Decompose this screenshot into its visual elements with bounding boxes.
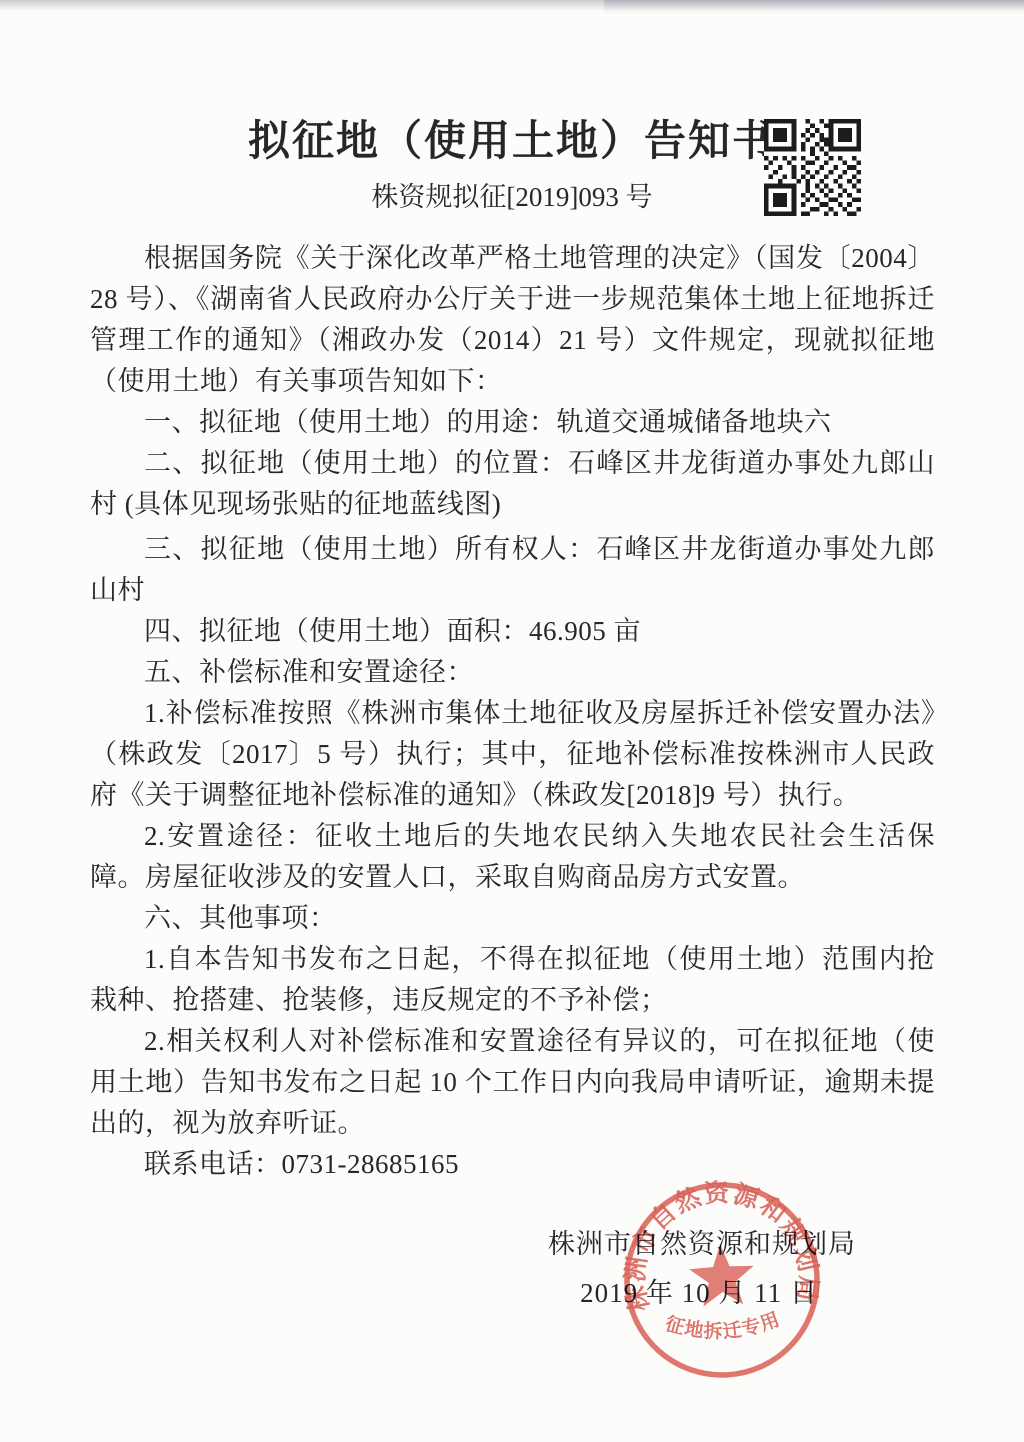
document-body: 根据国务院《关于深化改革严格土地管理的决定》（国发〔2004〕28 号）、《湖南… [90,238,935,1185]
document-paragraph: 根据国务院《关于深化改革严格土地管理的决定》（国发〔2004〕28 号）、《湖南… [90,238,935,402]
official-seal: 株洲市自然资源和规划局 征地拆迁专用章 [617,1175,827,1385]
document-title: 拟征地（使用土地）告知书 [0,116,1024,168]
document-paragraph: 三、拟征地（使用土地）所有权人：石峰区井龙街道办事处九郎山村 [90,529,935,611]
svg-text:株洲市自然资源和规划局: 株洲市自然资源和规划局 [617,1175,824,1315]
document-paragraph: 1.自本告知书发布之日起，不得在拟征地（使用土地）范围内抢栽种、抢搭建、抢装修，… [90,939,935,1021]
document-paragraph: 一、拟征地（使用土地）的用途：轨道交通城储备地块六 [90,402,935,443]
document-paragraph: 2.安置途径：征收土地后的失地农民纳入失地农民社会生活保障。房屋征收涉及的安置人… [90,816,935,898]
qr-code-icon [762,119,863,216]
document-paragraph: 1.补偿标准按照《株洲市集体土地征收及房屋拆迁补偿安置办法》（株政发〔2017〕… [90,693,935,816]
document-paragraph: 2.相关权利人对补偿标准和安置途径有异议的，可在拟征地（使用土地）告知书发布之日… [90,1021,935,1144]
scanned-document-page: 拟征地（使用土地）告知书 株资规拟征[2019]093 号 根据国务院《关于深化… [0,0,1024,1442]
scanner-edge-shadow [0,0,1024,11]
document-paragraph: 四、拟征地（使用土地）面积：46.905 亩 [90,611,935,652]
seal-star-icon [688,1242,756,1307]
seal-ring-text: 株洲市自然资源和规划局 [617,1175,824,1315]
document-paragraph: 五、补偿标准和安置途径： [90,652,935,693]
scanner-edge-shadow-right [604,0,1024,14]
document-paragraph: 六、其他事项： [90,898,935,939]
document-paragraph: 二、拟征地（使用土地）的位置：石峰区井龙街道办事处九郎山村 (具体见现场张贴的征… [90,443,935,525]
document-number: 株资规拟征[2019]093 号 [0,181,1024,213]
